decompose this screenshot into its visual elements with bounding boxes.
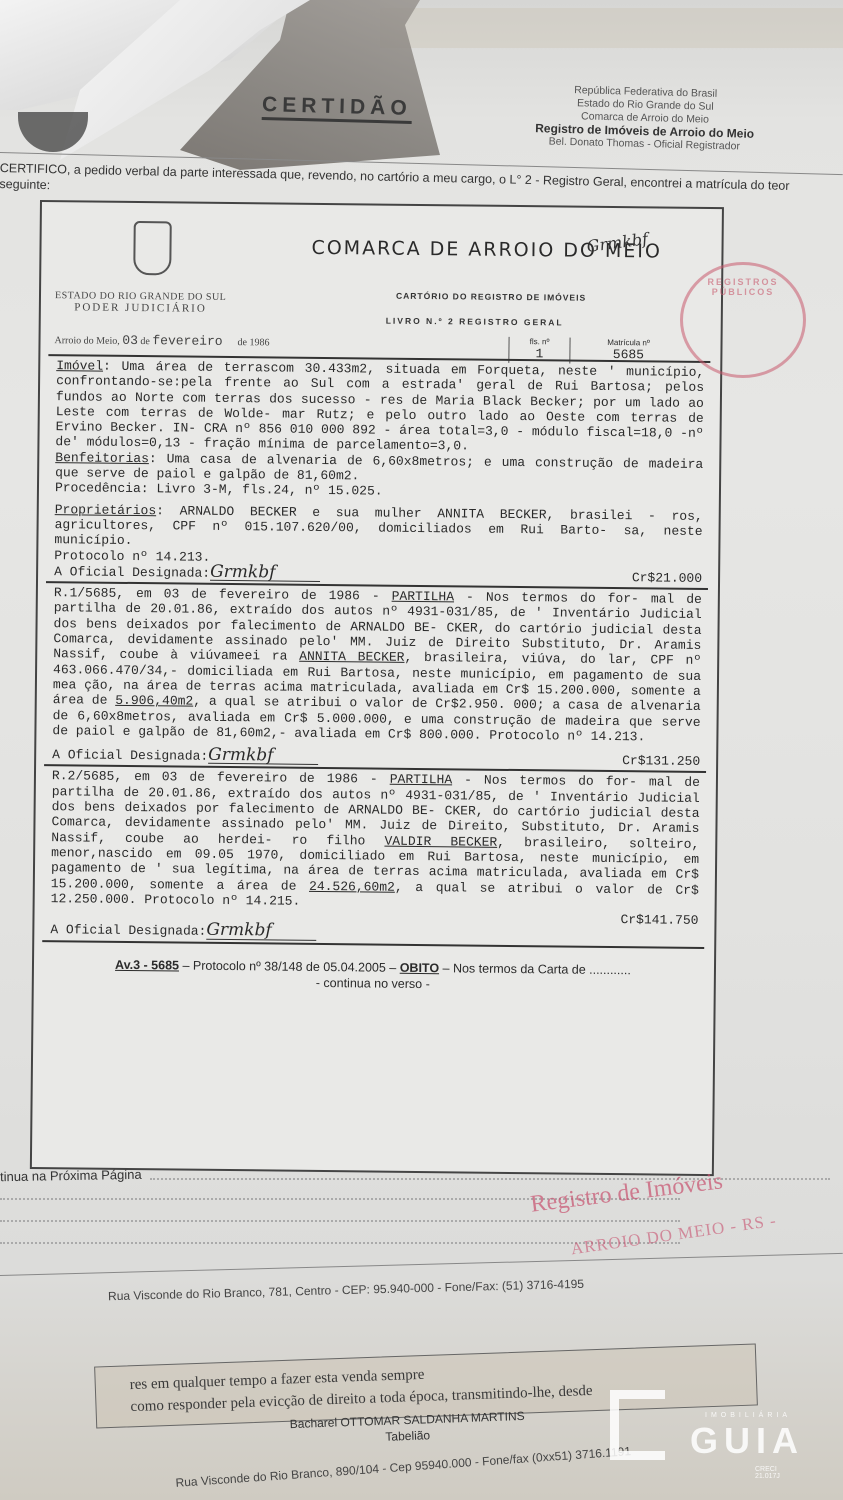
stamp-circle-text: REGISTROS PÚBLICOS: [683, 277, 803, 297]
registry-header: República Federativa do Brasil Estado do…: [499, 82, 791, 155]
tabeliao-block: Bacharel OTTOMAR SALDANHA MARTINS Tabeli…: [290, 1408, 526, 1448]
signature: Grmkbf: [208, 748, 318, 765]
entry-r1: R.1/5685, em 03 de fevereiro de 1986 - P…: [44, 583, 708, 773]
estado-block: ESTADO DO RIO GRANDE DO SUL PODER JUDICI…: [55, 290, 227, 315]
entry-av3: Av.3 - 5685 – Protocolo nº 38/148 de 05.…: [41, 942, 704, 1055]
arroio-do-meio-stamp: ARROIO DO MEIO - RS -: [570, 1211, 778, 1260]
tabeliao-address: Rua Visconde do Rio Branco, 890/104 - Ce…: [175, 1444, 631, 1490]
entry-r2: R.2/5685, em 03 de fevereiro de 1986 - P…: [42, 766, 706, 948]
cartorio-label: CARTÓRIO DO REGISTRO DE IMÓVEIS: [396, 291, 586, 303]
oficial-label: A Oficial Designada:: [50, 923, 206, 940]
registry-card: COMARCA DE ARROIO DO MEIO Grmkbf ESTADO …: [30, 200, 724, 1176]
watermark-big: GUIA: [690, 1420, 804, 1462]
av3-text-b: – Nos termos da Carta de ............: [439, 961, 631, 977]
entry-imovel: Imóvel: Uma área de terrascom 30.433m2, …: [46, 356, 710, 590]
guia-logo-icon: [610, 1390, 665, 1460]
av3-text-a: – Protocolo nº 38/148 de 05.04.2005 –: [179, 958, 400, 974]
r1-area: 5.906,40m2: [115, 693, 193, 709]
watermark-creci: CRECI 21.017J: [755, 1466, 780, 1480]
registry-entries: Imóvel: Uma área de terrascom 30.433m2, …: [41, 354, 710, 1055]
av3-type: OBITO: [400, 960, 440, 974]
continua-proxima-pagina: tinua na Próxima Página: [0, 1167, 142, 1184]
registros-publicos-stamp: REGISTROS PÚBLICOS: [680, 262, 806, 378]
oficial-label: A Oficial Designada:: [52, 747, 208, 764]
fee-amount: Cr$131.250: [622, 753, 700, 769]
dotted-line: [0, 1220, 680, 1223]
date-month: fevereiro: [152, 333, 222, 349]
date-year: de 1986: [238, 337, 270, 348]
fee-amount: Cr$21.000: [632, 570, 702, 586]
paper-stain: [380, 8, 843, 48]
r2-type: PARTILHA: [390, 772, 453, 788]
date-place: Arroio do Meio,: [54, 335, 119, 347]
document-title: CERTIDÃO: [262, 93, 412, 124]
oficial-label: A Oficial Designada:: [54, 564, 210, 581]
r2-beneficiary: VALDIR BECKER: [384, 833, 497, 849]
registro-imoveis-stamp: Registro de Imóveis: [529, 1168, 724, 1218]
date-de: de: [140, 336, 150, 347]
benfeitorias-text: : Uma casa de alvenaria de 6,60x8metros;…: [55, 451, 703, 484]
r2-area: 24.526,60m2: [309, 878, 395, 894]
livro-label: LIVRO N.º 2 REGISTRO GERAL: [386, 316, 564, 328]
watermark-small: IMOBILIÁRIA: [705, 1412, 791, 1419]
poder-label: PODER JUDICIÁRIO: [55, 301, 226, 315]
av3-label: Av.3 - 5685: [115, 958, 179, 973]
registry-address: Rua Visconde do Rio Branco, 781, Centro …: [108, 1277, 584, 1303]
signature: Grmkbf: [210, 565, 320, 582]
date-day: 03: [122, 333, 138, 348]
imovel-text: : Uma área de terrascom 30.433m2, situad…: [55, 359, 704, 454]
r1-beneficiary: ANNITA BECKER: [299, 649, 405, 665]
coat-of-arms-icon: [133, 221, 172, 275]
date-line: Arroio do Meio, 03 de fevereiro de 1986: [54, 332, 269, 349]
imovel-label: Imóvel: [56, 358, 103, 373]
r1-type: PARTILHA: [392, 589, 455, 605]
signature: Grmkbf: [206, 923, 316, 940]
benfeitorias-label: Benfeitorias: [55, 450, 149, 466]
dotted-line: [150, 1178, 830, 1181]
proprietarios-label: Proprietários: [55, 502, 157, 518]
divider: [0, 1253, 843, 1276]
